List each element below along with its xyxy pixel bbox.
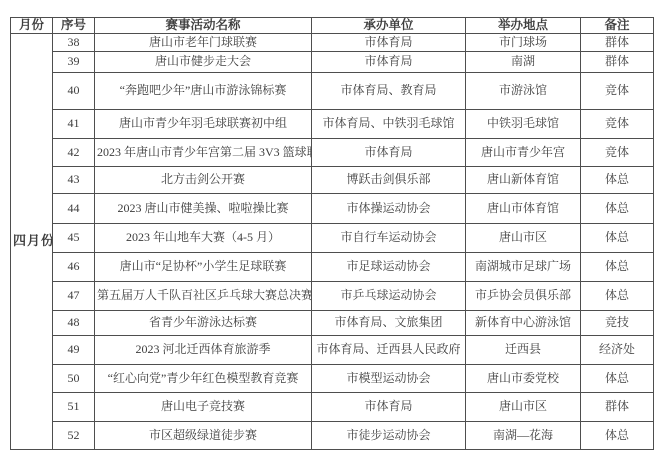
- event-name-cell: 唐山市健步走大会: [95, 52, 312, 73]
- event-name-cell: 唐山市青少年羽毛球联赛初中组: [95, 110, 312, 139]
- note-cell: 群体: [581, 52, 654, 73]
- location-cell: 市门球场: [466, 34, 581, 52]
- location-cell: 唐山市区: [466, 393, 581, 422]
- event-name-cell: 第五届万人千队百社区乒乓球大赛总决赛: [95, 282, 312, 311]
- location-cell: 唐山市委党校: [466, 365, 581, 393]
- table-row: 40“奔跑吧少年”唐山市游泳锦标赛市体育局、教育局市游泳馆竞体: [11, 73, 654, 110]
- note-cell: 竞体: [581, 139, 654, 167]
- seq-cell: 46: [53, 253, 95, 282]
- organizer-cell: 市体育局、教育局: [312, 73, 466, 110]
- table-row: 46唐山市“足协杯”小学生足球联赛市足球运动协会南湖城市足球广场体总: [11, 253, 654, 282]
- organizer-cell: 市体育局: [312, 393, 466, 422]
- event-name-cell: 市区超级绿道徒步赛: [95, 422, 312, 450]
- note-cell: 体总: [581, 194, 654, 224]
- column-header-note: 备注: [581, 18, 654, 34]
- table-row: 52市区超级绿道徒步赛市徒步运动协会南湖—花海体总: [11, 422, 654, 450]
- organizer-cell: 市徒步运动协会: [312, 422, 466, 450]
- event-name-cell: 唐山电子竞技赛: [95, 393, 312, 422]
- organizer-cell: 市体育局: [312, 52, 466, 73]
- column-header-organizer: 承办单位: [312, 18, 466, 34]
- location-cell: 唐山市青少年宫: [466, 139, 581, 167]
- location-cell: 迁西县: [466, 336, 581, 365]
- seq-cell: 51: [53, 393, 95, 422]
- location-cell: 南湖城市足球广场: [466, 253, 581, 282]
- column-header-seq: 序号: [53, 18, 95, 34]
- location-cell: 南湖—花海: [466, 422, 581, 450]
- table-row: 442023 唐山市健美操、啦啦操比赛市体操运动协会唐山市体育馆体总: [11, 194, 654, 224]
- table-row: 43北方击剑公开赛博跃击剑俱乐部唐山新体育馆体总: [11, 167, 654, 194]
- organizer-cell: 市体育局、文旅集团: [312, 311, 466, 336]
- seq-cell: 52: [53, 422, 95, 450]
- organizer-cell: 市体操运动协会: [312, 194, 466, 224]
- table-row: 51唐山电子竞技赛市体育局唐山市区群体: [11, 393, 654, 422]
- seq-cell: 44: [53, 194, 95, 224]
- table-body: 四月份38唐山市老年门球联赛市体育局市门球场群体39唐山市健步走大会市体育局南湖…: [11, 34, 654, 450]
- table-row: 422023 年唐山市青少年宫第二届 3V3 篮球联赛市体育局唐山市青少年宫竞体: [11, 139, 654, 167]
- table-row: 50“红心向党”青少年红色模型教育竞赛市模型运动协会唐山市委党校体总: [11, 365, 654, 393]
- seq-cell: 48: [53, 311, 95, 336]
- seq-cell: 50: [53, 365, 95, 393]
- organizer-cell: 市模型运动协会: [312, 365, 466, 393]
- event-name-cell: “红心向党”青少年红色模型教育竞赛: [95, 365, 312, 393]
- note-cell: 体总: [581, 365, 654, 393]
- note-cell: 群体: [581, 393, 654, 422]
- note-cell: 体总: [581, 253, 654, 282]
- seq-cell: 49: [53, 336, 95, 365]
- organizer-cell: 市体育局、中铁羽毛球馆: [312, 110, 466, 139]
- location-cell: 市游泳馆: [466, 73, 581, 110]
- location-cell: 唐山市区: [466, 224, 581, 253]
- note-cell: 竞体: [581, 73, 654, 110]
- note-cell: 体总: [581, 282, 654, 311]
- note-cell: 群体: [581, 34, 654, 52]
- location-cell: 新体育中心游泳馆: [466, 311, 581, 336]
- location-cell: 市乒协会员俱乐部: [466, 282, 581, 311]
- event-name-cell: 2023 年山地车大赛（4-5 月）: [95, 224, 312, 253]
- organizer-cell: 市足球运动协会: [312, 253, 466, 282]
- table-row: 39唐山市健步走大会市体育局南湖群体: [11, 52, 654, 73]
- location-cell: 唐山新体育馆: [466, 167, 581, 194]
- table-row: 48省青少年游泳达标赛市体育局、文旅集团新体育中心游泳馆竞技: [11, 311, 654, 336]
- organizer-cell: 市体育局、迁西县人民政府: [312, 336, 466, 365]
- document-page: 月份序号赛事活动名称承办单位举办地点备注 四月份38唐山市老年门球联赛市体育局市…: [0, 0, 663, 471]
- event-name-cell: 2023 年唐山市青少年宫第二届 3V3 篮球联赛: [95, 139, 312, 167]
- organizer-cell: 市体育局: [312, 34, 466, 52]
- table-row: 492023 河北迁西体育旅游季市体育局、迁西县人民政府迁西县经济处: [11, 336, 654, 365]
- event-name-cell: “奔跑吧少年”唐山市游泳锦标赛: [95, 73, 312, 110]
- seq-cell: 45: [53, 224, 95, 253]
- seq-cell: 39: [53, 52, 95, 73]
- note-cell: 竞体: [581, 110, 654, 139]
- header-row: 月份序号赛事活动名称承办单位举办地点备注: [11, 18, 654, 34]
- event-name-cell: 北方击剑公开赛: [95, 167, 312, 194]
- note-cell: 竞技: [581, 311, 654, 336]
- table-row: 四月份38唐山市老年门球联赛市体育局市门球场群体: [11, 34, 654, 52]
- seq-cell: 41: [53, 110, 95, 139]
- note-cell: 体总: [581, 224, 654, 253]
- location-cell: 中铁羽毛球馆: [466, 110, 581, 139]
- organizer-cell: 博跃击剑俱乐部: [312, 167, 466, 194]
- note-cell: 体总: [581, 422, 654, 450]
- seq-cell: 40: [53, 73, 95, 110]
- location-cell: 唐山市体育馆: [466, 194, 581, 224]
- seq-cell: 43: [53, 167, 95, 194]
- event-name-cell: 唐山市老年门球联赛: [95, 34, 312, 52]
- organizer-cell: 市体育局: [312, 139, 466, 167]
- note-cell: 体总: [581, 167, 654, 194]
- column-header-event-name: 赛事活动名称: [95, 18, 312, 34]
- table-row: 47第五届万人千队百社区乒乓球大赛总决赛市乒乓球运动协会市乒协会员俱乐部体总: [11, 282, 654, 311]
- column-header-month: 月份: [11, 18, 53, 34]
- seq-cell: 38: [53, 34, 95, 52]
- table-row: 41唐山市青少年羽毛球联赛初中组市体育局、中铁羽毛球馆中铁羽毛球馆竞体: [11, 110, 654, 139]
- column-header-location: 举办地点: [466, 18, 581, 34]
- event-schedule-table: 月份序号赛事活动名称承办单位举办地点备注 四月份38唐山市老年门球联赛市体育局市…: [10, 17, 654, 450]
- month-cell: 四月份: [11, 34, 53, 450]
- organizer-cell: 市自行车运动协会: [312, 224, 466, 253]
- event-name-cell: 2023 唐山市健美操、啦啦操比赛: [95, 194, 312, 224]
- event-name-cell: 省青少年游泳达标赛: [95, 311, 312, 336]
- event-name-cell: 2023 河北迁西体育旅游季: [95, 336, 312, 365]
- event-name-cell: 唐山市“足协杯”小学生足球联赛: [95, 253, 312, 282]
- organizer-cell: 市乒乓球运动协会: [312, 282, 466, 311]
- table-row: 452023 年山地车大赛（4-5 月）市自行车运动协会唐山市区体总: [11, 224, 654, 253]
- seq-cell: 42: [53, 139, 95, 167]
- note-cell: 经济处: [581, 336, 654, 365]
- seq-cell: 47: [53, 282, 95, 311]
- location-cell: 南湖: [466, 52, 581, 73]
